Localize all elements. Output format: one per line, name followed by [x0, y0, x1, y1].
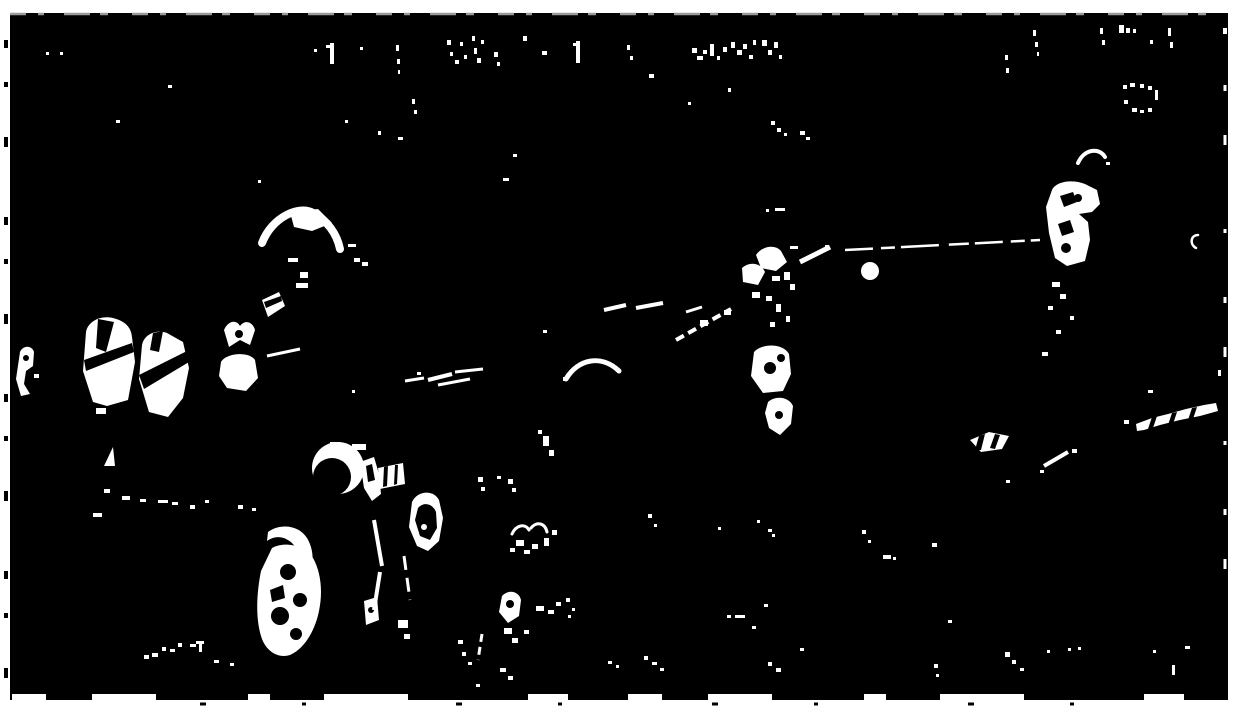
scanned-page	[0, 0, 1240, 721]
photo-figure	[0, 0, 1240, 721]
photo-canvas	[0, 0, 1240, 721]
